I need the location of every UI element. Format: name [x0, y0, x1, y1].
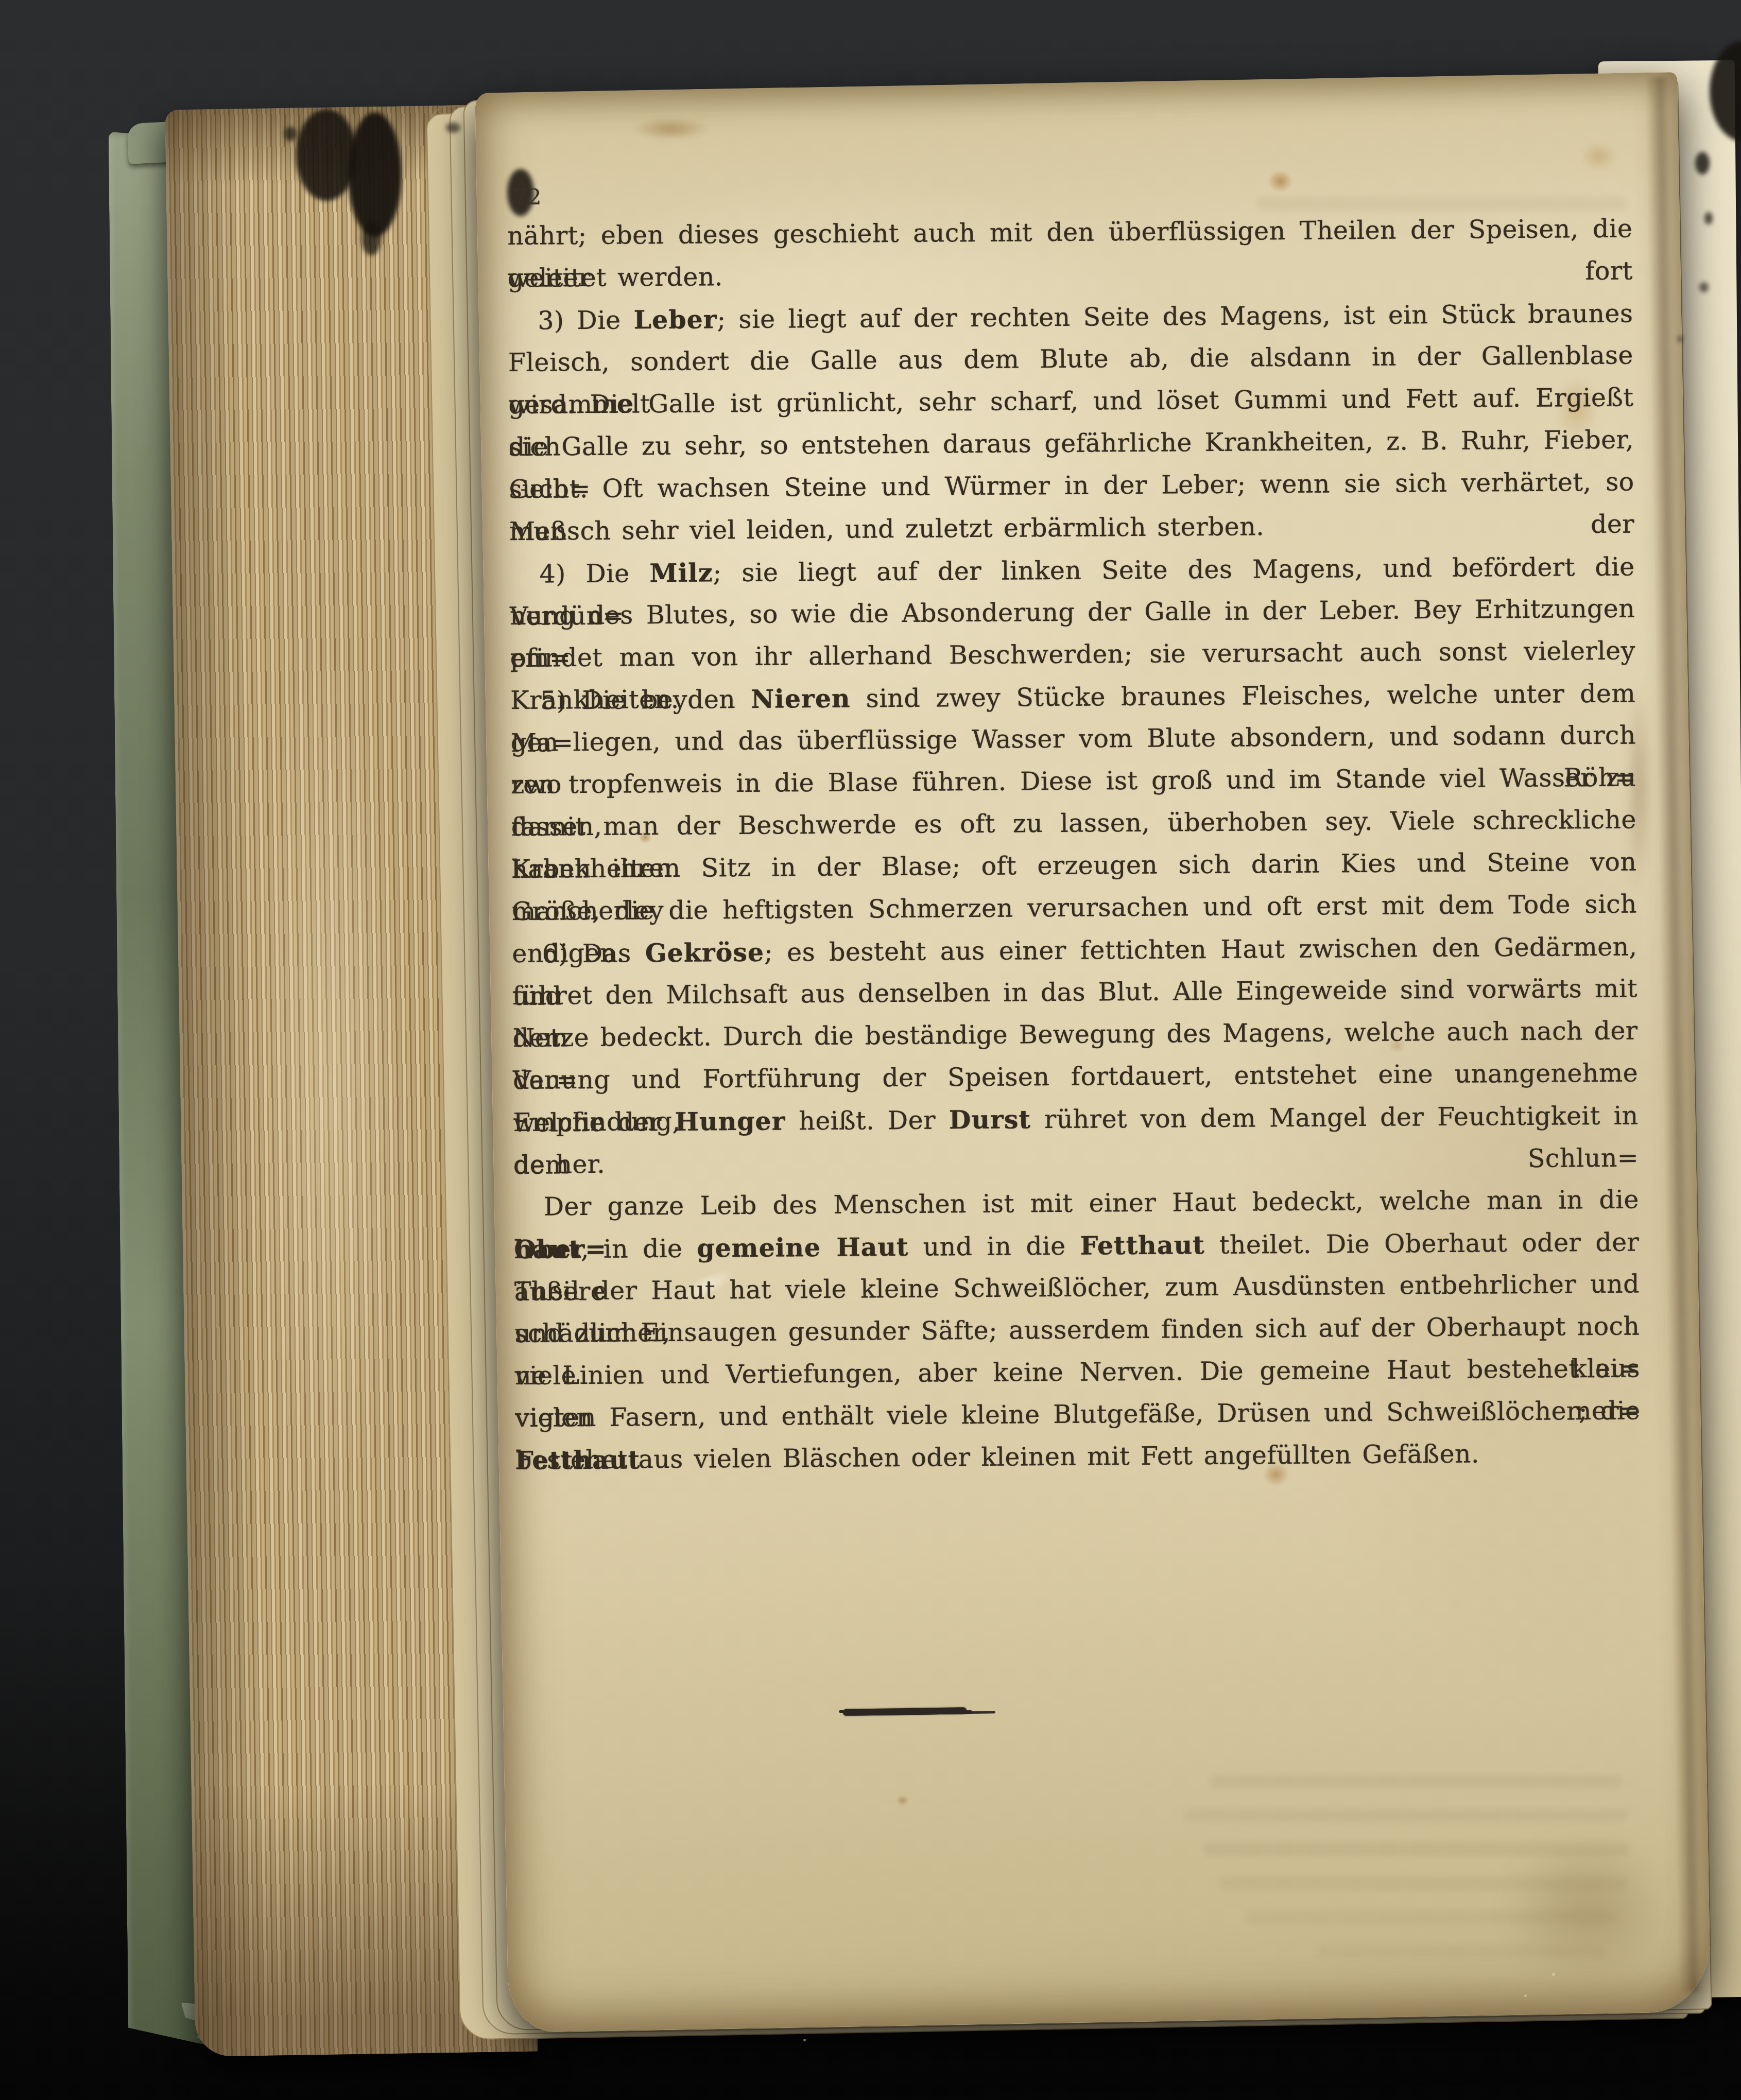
ink-stain — [446, 123, 460, 133]
emphasized-word: haut — [514, 1234, 581, 1264]
ink-stain — [1695, 152, 1710, 175]
text-line: vigten Fasern, und enthält viele kleine … — [515, 1390, 1640, 1439]
text-segment: ; sie liegt auf der rechten Seite des Ma… — [717, 299, 1633, 335]
text-block: nährt; eben dieses geschieht auch mit de… — [507, 208, 1641, 1482]
text-line: bestehet aus vielen Bläschen oder kleine… — [515, 1432, 1641, 1481]
ink-stain — [284, 127, 297, 141]
ghost-text-bleed — [1202, 1843, 1630, 1856]
text-line: die Galle zu sehr, so entstehen daraus g… — [509, 419, 1634, 468]
ink-stain — [348, 112, 402, 237]
text-line: 6) Das Gekröse; es besteht aus einer fet… — [512, 925, 1637, 975]
ink-stain — [296, 109, 357, 201]
text-line: haut, in die gemeine Haut und in die Fet… — [514, 1221, 1639, 1270]
stain — [1504, 1833, 1674, 1987]
text-segment: , in die — [581, 1234, 697, 1264]
emphasized-word: Milz — [649, 558, 713, 588]
emphasized-word: gemeine Haut — [697, 1232, 909, 1263]
stain — [1268, 170, 1292, 193]
text-line: führet den Milchsaft aus denselben in da… — [512, 967, 1637, 1017]
emphasized-word: Nieren — [751, 684, 851, 714]
stain — [1581, 142, 1617, 171]
text-segment: 6) Das — [542, 939, 645, 968]
text-line: pfindet man von ihr allerhand Beschwerde… — [510, 630, 1635, 679]
text-line: nung des Blutes, so wie die Absonderung … — [510, 587, 1635, 637]
ink-stain — [361, 221, 381, 255]
ghost-text-bleed — [1184, 1809, 1627, 1822]
text-segment: bestehet aus vielen Bläschen oder kleine… — [515, 1439, 1479, 1475]
text-line: nährt; eben dieses geschieht auch mit de… — [507, 208, 1632, 257]
ghost-text-bleed — [1220, 1877, 1627, 1890]
text-line: sucht. Oft wachsen Steine und Würmer in … — [509, 461, 1634, 510]
text-line: Größe, die die heftigsten Schmerzen veru… — [512, 883, 1637, 932]
text-line: Der ganze Leib des Menschen ist mit eine… — [514, 1178, 1639, 1228]
text-line: gen liegen, und das überflüssige Wasser … — [511, 714, 1636, 763]
text-segment: Der ganze Leib des Menschen ist mit eine… — [544, 1185, 1639, 1221]
text-segment: 3) Die — [538, 305, 634, 335]
page-edge-sheen — [212, 462, 447, 1700]
text-line: damit man der Beschwerde es oft zu lasse… — [511, 799, 1636, 848]
text-line: welche der Hunger heißt. Der Durst rühre… — [513, 1094, 1638, 1143]
text-line: 4) Die Milz; sie liegt auf der linken Se… — [509, 545, 1634, 595]
text-segment: 5) Die beyden — [540, 685, 751, 716]
text-segment: heißt. Der — [785, 1105, 949, 1136]
text-line: haben ihren Sitz in der Blase; oft erzeu… — [511, 841, 1636, 890]
book-scan-photo: 72 nährt; eben dieses geschieht auch mit… — [0, 0, 1741, 2100]
text-line: und zum Einsaugen gesunder Säfte; ausser… — [514, 1305, 1640, 1355]
text-line: Fleisch, sondert die Galle aus dem Blute… — [508, 335, 1633, 384]
emphasized-word: Durst — [949, 1104, 1031, 1135]
text-line: 3) Die Leber; sie liegt auf der rechten … — [508, 292, 1633, 342]
text-segment: Mensch sehr viel leiden, und zuletzt erb… — [509, 512, 1264, 546]
ghost-text-bleed — [1246, 1911, 1617, 1924]
dust-speck — [1552, 1973, 1555, 1976]
ghost-text-bleed — [1318, 1945, 1607, 1957]
dust-speck — [1524, 1994, 1527, 1997]
dust-speck — [803, 2039, 806, 2041]
ink-stain — [1678, 336, 1683, 342]
text-segment: de her. — [513, 1150, 605, 1179]
text-segment: und in die — [908, 1231, 1080, 1262]
emphasized-word: Hunger — [675, 1106, 785, 1136]
text-line: wird. Die Galle ist grünlicht, sehr scha… — [508, 377, 1633, 426]
stain — [632, 117, 710, 140]
text-line: Netze bedeckt. Durch die beständige Bewe… — [512, 1010, 1637, 1059]
text-line: Theil der Haut hat viele kleine Schweißl… — [514, 1263, 1640, 1312]
emphasized-word: Gekröse — [645, 938, 765, 968]
text-line: ren tropfenweis in die Blase führen. Die… — [511, 756, 1636, 806]
text-line: 5) Die beyden Nieren sind zwey Stücke br… — [510, 672, 1635, 721]
text-line: ne Linien und Vertiefungen, aber keine N… — [515, 1347, 1640, 1397]
emphasized-word: Leber — [633, 304, 717, 335]
ghost-text-bleed — [1210, 1775, 1622, 1788]
text-segment: geleitet werden. — [508, 262, 723, 293]
text-segment: 4) Die — [539, 559, 649, 588]
text-segment: vigten Fasern, und enthält viele kleine … — [515, 1396, 1640, 1432]
page-number: 72 — [513, 184, 543, 210]
ink-stain — [1704, 212, 1713, 224]
ink-stain — [1699, 282, 1709, 292]
emphasized-word: Fetthaut — [1080, 1230, 1205, 1261]
text-line: dauung und Fortführung der Speisen fortd… — [513, 1052, 1638, 1101]
stain — [896, 1795, 909, 1806]
text-segment: welche der — [513, 1107, 675, 1138]
